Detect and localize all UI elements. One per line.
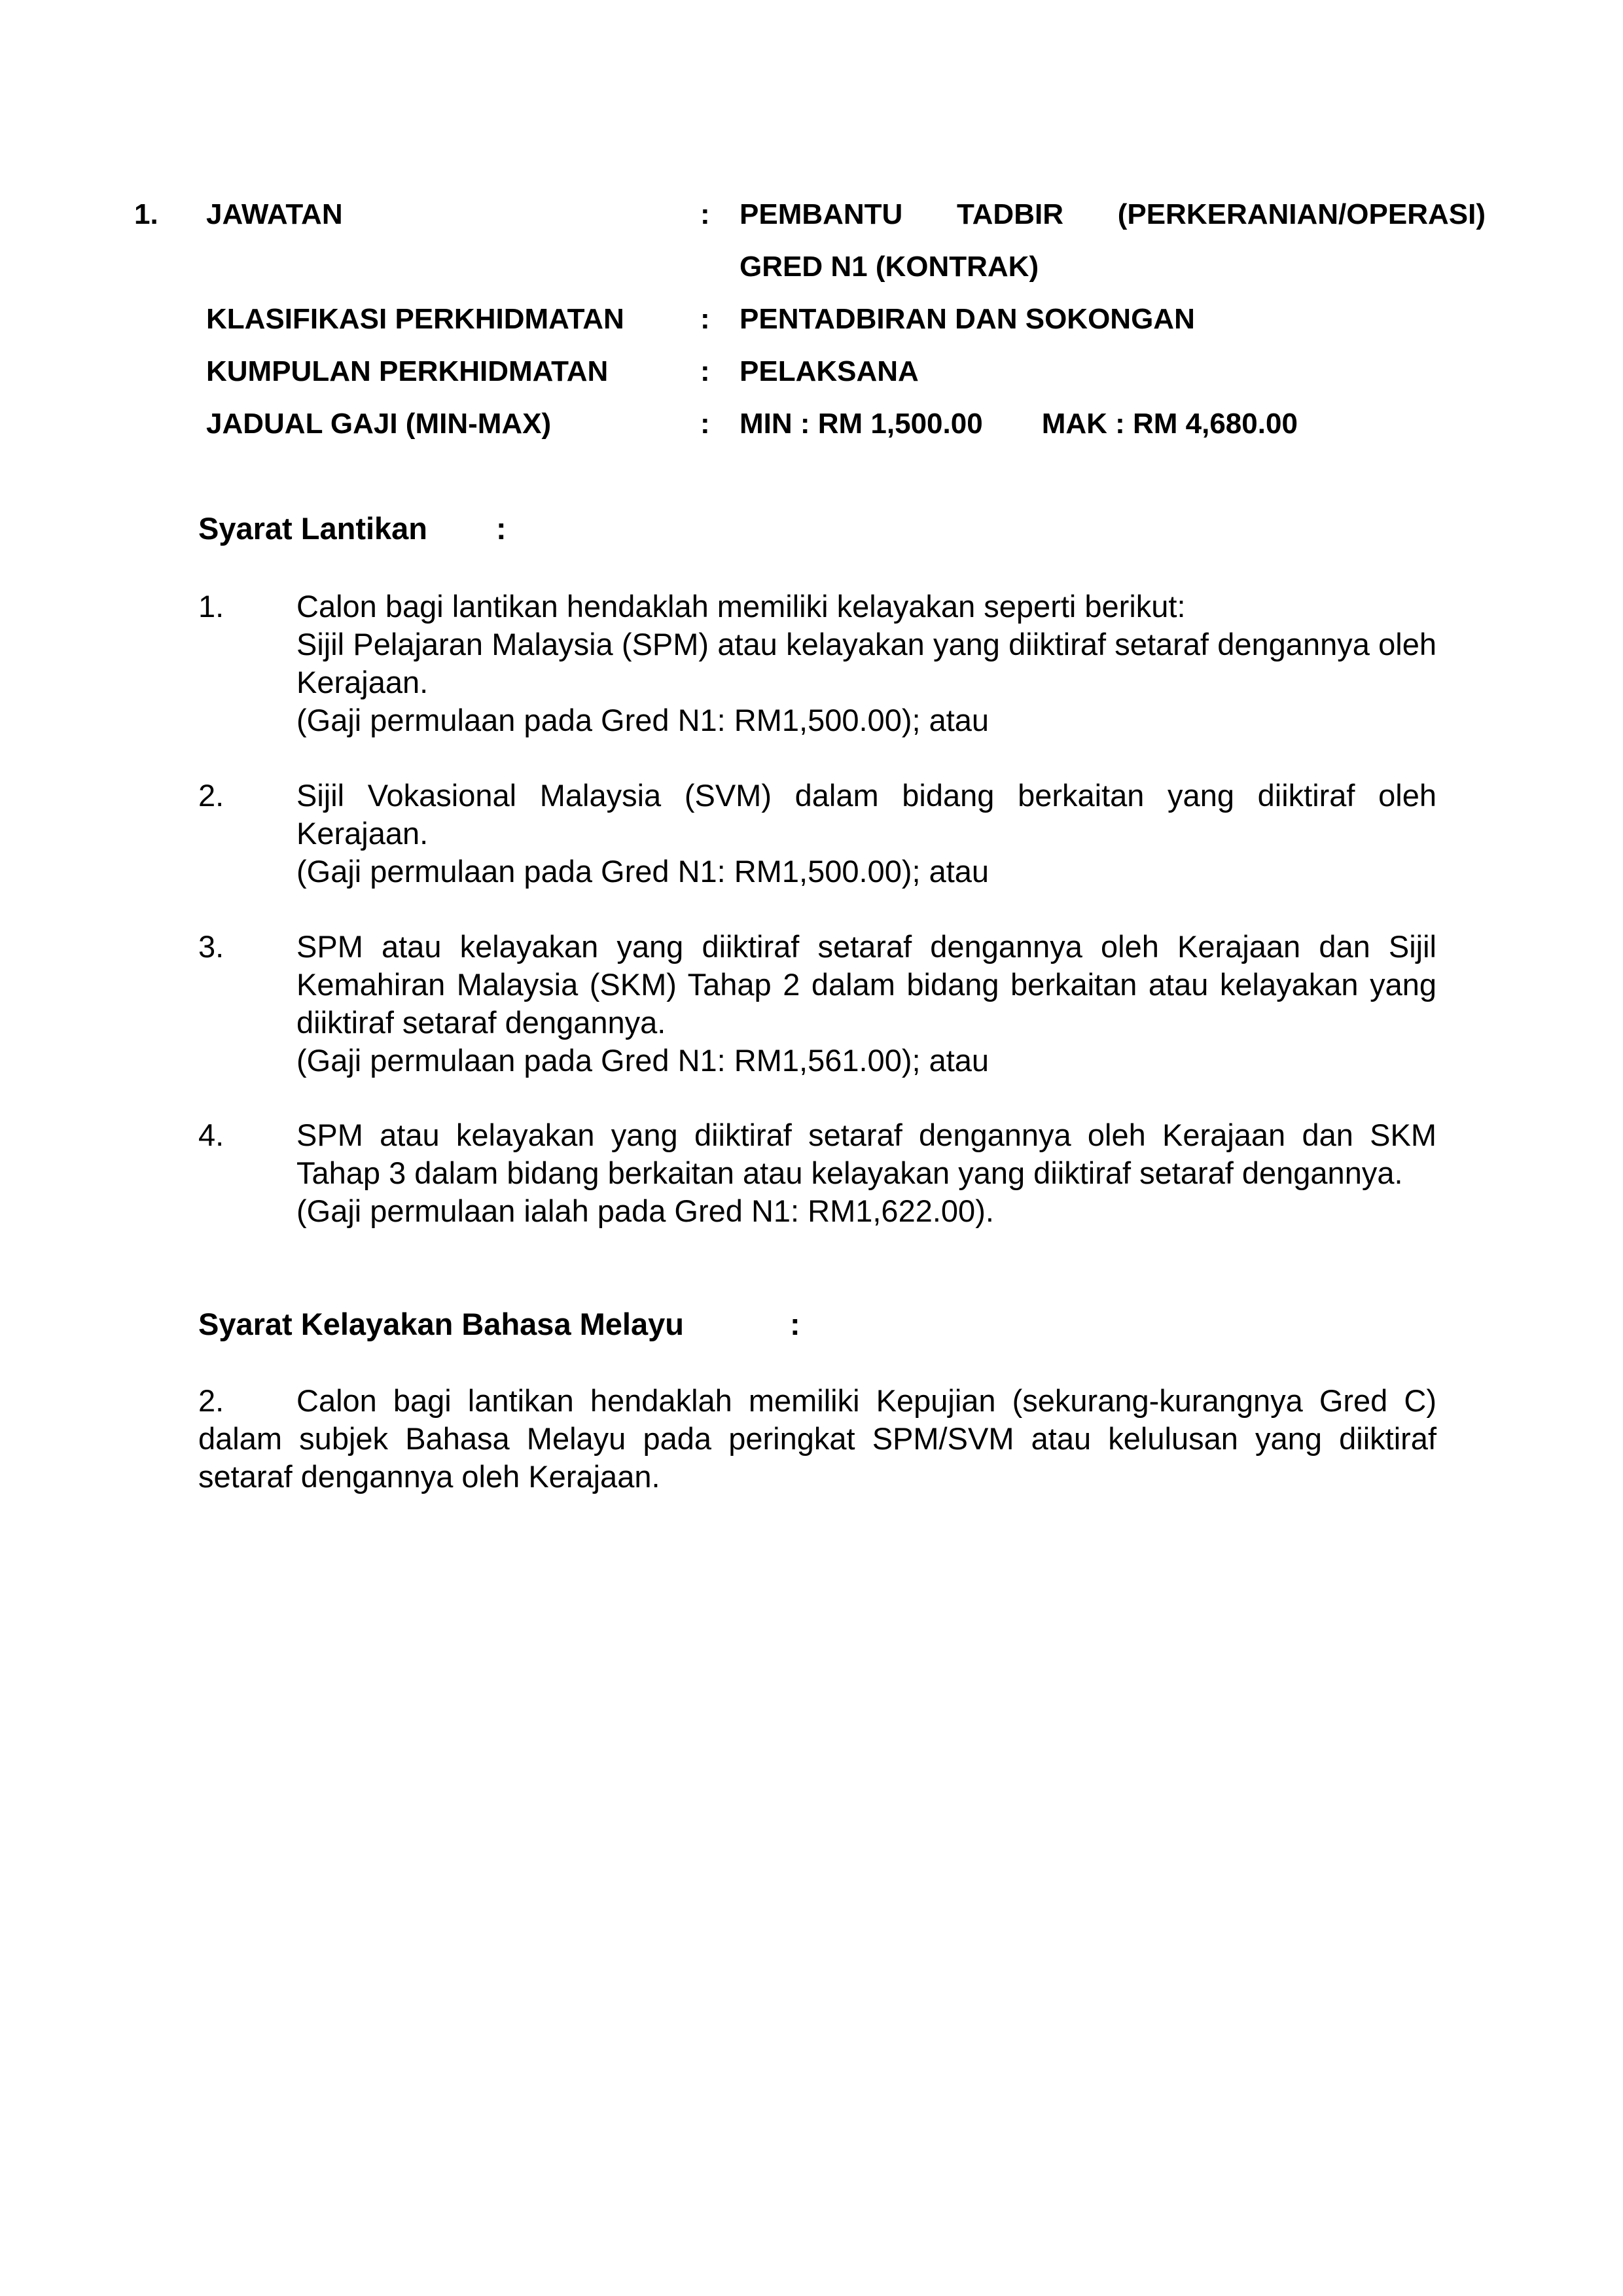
paragraph-number: 2. bbox=[198, 1382, 296, 1420]
list-item-line: Sijil Pelajaran Malaysia (SPM) atau kela… bbox=[296, 626, 1436, 701]
list-item-number: 3. bbox=[198, 928, 224, 966]
jawatan-word: TADBIR bbox=[957, 198, 1063, 232]
list-item: 3. SPM atau kelayakan yang diiktiraf set… bbox=[198, 928, 1436, 1080]
section-number: 1. bbox=[134, 198, 158, 232]
jawatan-word: (PERKERANIAN/OPERASI) bbox=[1118, 198, 1486, 232]
list-item-number: 2. bbox=[198, 777, 224, 815]
list-item: 2. Sijil Vokasional Malaysia (SVM) dalam… bbox=[198, 777, 1436, 891]
paragraph-text: Calon bagi lantikan hendaklah memiliki K… bbox=[198, 1383, 1436, 1494]
label-kumpulan: KUMPULAN PERKHIDMATAN bbox=[206, 355, 608, 389]
section-title-syarat-lantikan: Syarat Lantikan : bbox=[198, 510, 427, 547]
list-item-line: SPM atau kelayakan yang diiktiraf setara… bbox=[296, 928, 1436, 1042]
label-klasifikasi: KLASIFIKASI PERKHIDMATAN bbox=[206, 302, 624, 336]
colon: : bbox=[496, 510, 507, 547]
colon: : bbox=[700, 355, 710, 389]
list-item-line: (Gaji permulaan ialah pada Gred N1: RM1,… bbox=[296, 1192, 1436, 1230]
list-item: 1. Calon bagi lantikan hendaklah memilik… bbox=[198, 588, 1436, 739]
section-title-text: Syarat Kelayakan Bahasa Melayu bbox=[198, 1307, 684, 1341]
label-jawatan: JAWATAN bbox=[206, 198, 343, 232]
section-title-syarat-bahasa: Syarat Kelayakan Bahasa Melayu : bbox=[198, 1306, 684, 1343]
list-item: 4. SPM atau kelayakan yang diiktiraf set… bbox=[198, 1116, 1436, 1230]
value-klasifikasi: PENTADBIRAN DAN SOKONGAN bbox=[740, 302, 1195, 336]
colon: : bbox=[700, 198, 710, 232]
list-item-line: (Gaji permulaan pada Gred N1: RM1,561.00… bbox=[296, 1042, 1436, 1080]
colon: : bbox=[700, 302, 710, 336]
salary-max: MAK : RM 4,680.00 bbox=[1042, 408, 1298, 440]
value-jadual-gaji: MIN : RM 1,500.00MAK : RM 4,680.00 bbox=[740, 407, 1298, 441]
list-item-number: 1. bbox=[198, 588, 224, 626]
value-jawatan: PEMBANTU TADBIR (PERKERANIAN/OPERASI) bbox=[740, 198, 1486, 232]
list-item-line: (Gaji permulaan pada Gred N1: RM1,500.00… bbox=[296, 853, 1436, 891]
list-item-line: SPM atau kelayakan yang diiktiraf setara… bbox=[296, 1116, 1436, 1192]
jawatan-word: PEMBANTU bbox=[740, 198, 902, 232]
label-jadual-gaji: JADUAL GAJI (MIN-MAX) bbox=[206, 407, 551, 441]
list-item-number: 4. bbox=[198, 1116, 224, 1154]
salary-min: MIN : RM 1,500.00 bbox=[740, 408, 983, 440]
paragraph-bahasa: 2.Calon bagi lantikan hendaklah memiliki… bbox=[198, 1382, 1436, 1496]
colon: : bbox=[700, 407, 710, 441]
value-jawatan-gred: GRED N1 (KONTRAK) bbox=[740, 250, 1039, 284]
list-item-line: (Gaji permulaan pada Gred N1: RM1,500.00… bbox=[296, 701, 1436, 739]
colon: : bbox=[790, 1306, 800, 1343]
list-item-line: Calon bagi lantikan hendaklah memiliki k… bbox=[296, 588, 1436, 626]
list-item-line: Sijil Vokasional Malaysia (SVM) dalam bi… bbox=[296, 777, 1436, 853]
value-kumpulan: PELAKSANA bbox=[740, 355, 919, 389]
section-title-text: Syarat Lantikan bbox=[198, 511, 427, 546]
